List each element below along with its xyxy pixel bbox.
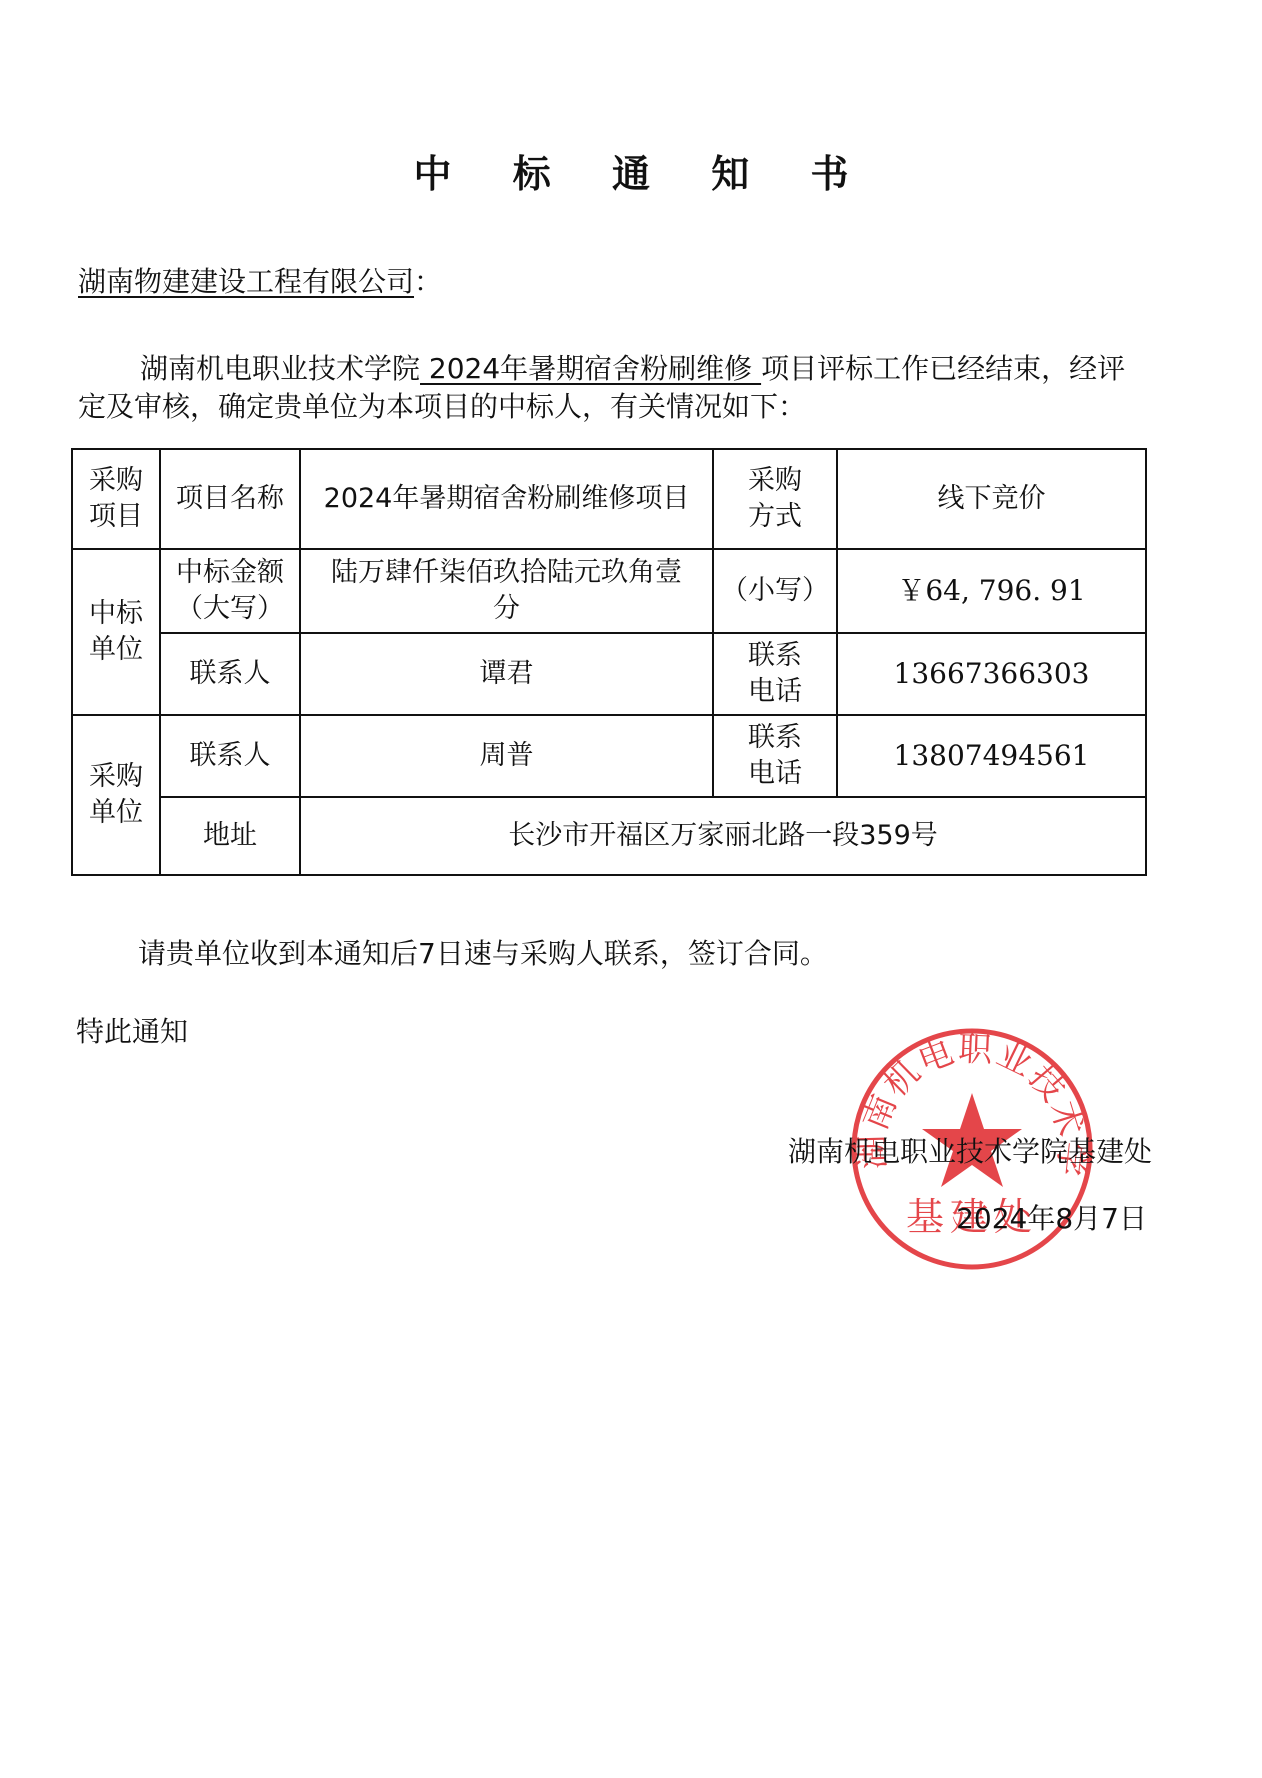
label-project-name: 项目名称 <box>160 449 300 549</box>
signature-date: 2024年8月7日 <box>956 1197 1147 1237</box>
special-notice: 特此通知 <box>76 1010 188 1050</box>
value-purchaser-address: 长沙市开福区万家丽北路一段359号 <box>300 797 1146 875</box>
label-winning-amount-upper: 中标金额 （大写） <box>160 549 300 633</box>
label-winner-contact: 联系人 <box>160 633 300 715</box>
group-label-purchasing-unit: 采购 单位 <box>72 715 160 875</box>
table-row-procurement-item: 采购 项目 项目名称 2024年暑期宿舍粉刷维修项目 采购 方式 线下竞价 <box>72 449 1146 549</box>
label-winner-phone: 联系 电话 <box>713 633 837 715</box>
table-row-winner-contact: 联系人 谭君 联系 电话 13667366303 <box>72 633 1146 715</box>
group-label-winning-unit: 中标 单位 <box>72 549 160 715</box>
signature-organization: 湖南机电职业技术学院基建处 <box>788 1130 1152 1170</box>
label-purchaser-phone: 联系 电话 <box>713 715 837 797</box>
value-procurement-method: 线下竞价 <box>837 449 1146 549</box>
award-details-table: 采购 项目 项目名称 2024年暑期宿舍粉刷维修项目 采购 方式 线下竞价 中标… <box>71 448 1147 876</box>
table-row-winning-amount: 中标 单位 中标金额 （大写） 陆万肆仟柒佰玖拾陆元玖角壹 分 （小写） ￥64… <box>72 549 1146 633</box>
value-winner-phone: 13667366303 <box>837 633 1146 715</box>
value-winning-amount-upper: 陆万肆仟柒佰玖拾陆元玖角壹 分 <box>300 549 713 633</box>
intro-prefix: 湖南机电职业技术学院 <box>140 352 420 385</box>
label-winning-amount-lower: （小写） <box>713 549 837 633</box>
closing-instruction: 请贵单位收到本通知后7日速与采购人联系，签订合同。 <box>138 932 828 972</box>
value-winning-amount-lower: ￥64, 796. 91 <box>837 549 1146 633</box>
recipient-name: 湖南物建建设工程有限公司 <box>78 265 414 298</box>
intro-project-name: 2024年暑期宿舍粉刷维修 <box>420 352 761 385</box>
value-purchaser-contact: 周普 <box>300 715 713 797</box>
document-title: 中 标 通 知 书 <box>0 143 1262 198</box>
group-label-procurement-item: 采购 项目 <box>72 449 160 549</box>
label-purchaser-address: 地址 <box>160 797 300 875</box>
recipient-line: 湖南物建建设工程有限公司： <box>78 260 442 300</box>
label-procurement-method: 采购 方式 <box>713 449 837 549</box>
label-purchaser-contact: 联系人 <box>160 715 300 797</box>
recipient-colon: ： <box>414 265 442 298</box>
value-winner-contact: 谭君 <box>300 633 713 715</box>
value-purchaser-phone: 13807494561 <box>837 715 1146 797</box>
value-project-name: 2024年暑期宿舍粉刷维修项目 <box>300 449 713 549</box>
table-row-purchaser-contact: 采购 单位 联系人 周普 联系 电话 13807494561 <box>72 715 1146 797</box>
table-row-purchaser-address: 地址 长沙市开福区万家丽北路一段359号 <box>72 797 1146 875</box>
intro-paragraph: 湖南机电职业技术学院 2024年暑期宿舍粉刷维修 项目评标工作已经结束，经评定及… <box>78 350 1138 426</box>
